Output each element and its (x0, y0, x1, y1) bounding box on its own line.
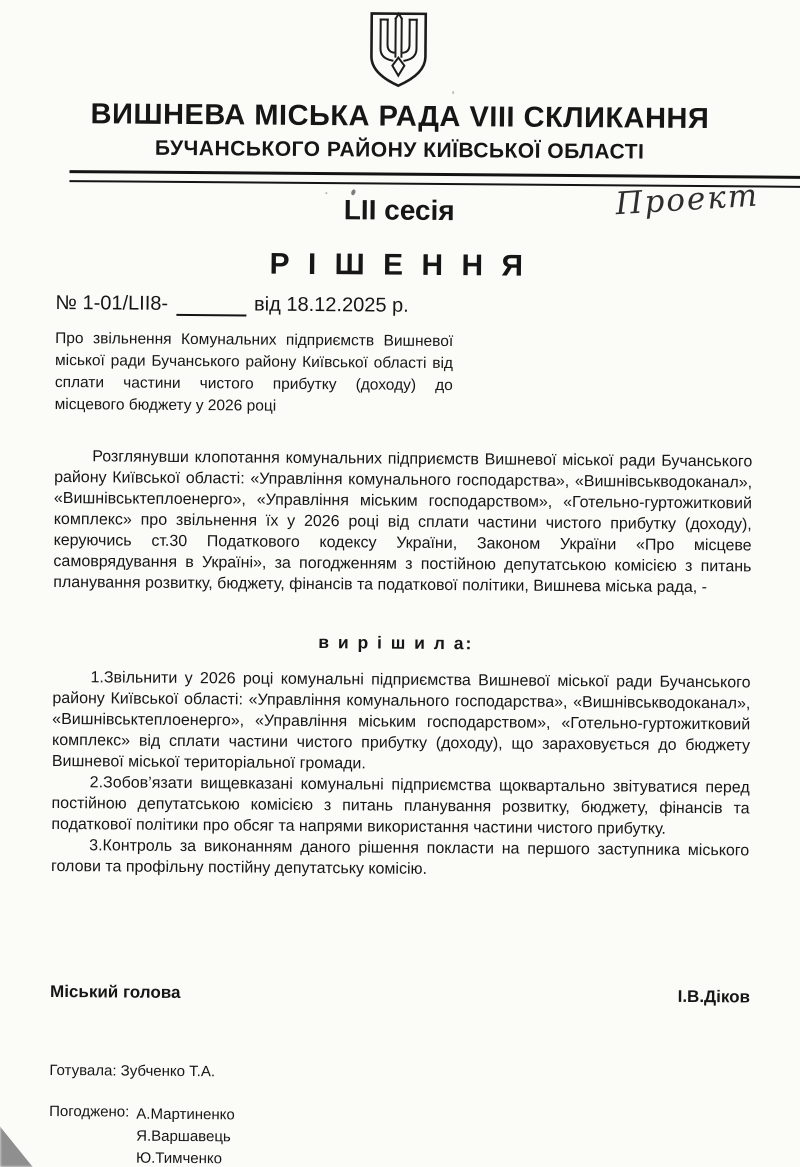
session-title: LII сесія (0, 192, 799, 230)
agreed-names-list: А.Мартиненко Я.Варшавець Ю.Тимченко (136, 1104, 235, 1167)
council-name-heading: ВИШНЕВА МІСЬКА РАДА VIII СКЛИКАННЯ (0, 98, 800, 137)
signature-row: Міський голова І.В.Діков (50, 982, 750, 1007)
scan-speck (452, 91, 454, 94)
agreed-label: Погоджено: (49, 1103, 130, 1167)
resolution-item-3: 3.Контроль за виконанням даного рішення … (51, 835, 749, 882)
prepared-name: Зубченко Т.А. (121, 1063, 215, 1081)
scan-speck (325, 192, 327, 194)
agreed-name-2: Я.Варшавець (136, 1126, 235, 1149)
document-subject: Про звільнення Комунальних підприємств В… (55, 328, 454, 419)
document-number-blank-line (176, 294, 246, 317)
preamble-paragraph: Розглянувши клопотання комунальних підпр… (53, 446, 752, 598)
district-subheading: БУЧАНСЬКОГО РАЙОНУ КИЇВСЬКОЇ ОБЛАСТІ (0, 136, 800, 166)
ukraine-trident-emblem-icon (366, 10, 431, 89)
scanned-document-page: ВИШНЕВА МІСЬКА РАДА VIII СКЛИКАННЯ БУЧАН… (0, 0, 800, 1167)
agreed-name-1: А.Мартиненко (136, 1104, 235, 1127)
resolution-items: 1.Звільнити у 2026 році комунальні підпр… (51, 667, 751, 882)
resolution-item-2: 2.Зобов’язати вищевказані комунальні під… (51, 772, 749, 840)
agreed-name-3: Ю.Тимченко (136, 1148, 235, 1167)
document-content: ВИШНЕВА МІСЬКА РАДА VIII СКЛИКАННЯ БУЧАН… (0, 0, 800, 1167)
prepared-by-row: Готувала: Зубченко Т.А. (49, 1062, 215, 1080)
document-number-line: № 1-01/LII8- від 18.12.2025 р. (55, 292, 408, 318)
document-number-prefix: № 1-01/LII8- (55, 292, 168, 316)
signatory-title: Міський голова (50, 982, 181, 1003)
document-date: від 18.12.2025 р. (254, 294, 409, 318)
document-type-title: Р І Ш Е Н Н Я (0, 246, 799, 286)
resolution-item-1: 1.Звільнити у 2026 році комунальні підпр… (52, 667, 751, 777)
prepared-label: Готувала: (49, 1062, 116, 1080)
agreed-by-row: Погоджено: А.Мартиненко Я.Варшавець Ю.Ти… (49, 1103, 235, 1167)
resolved-label: в и р і ш и л а: (0, 630, 796, 657)
signatory-name: І.В.Діков (678, 987, 751, 1008)
